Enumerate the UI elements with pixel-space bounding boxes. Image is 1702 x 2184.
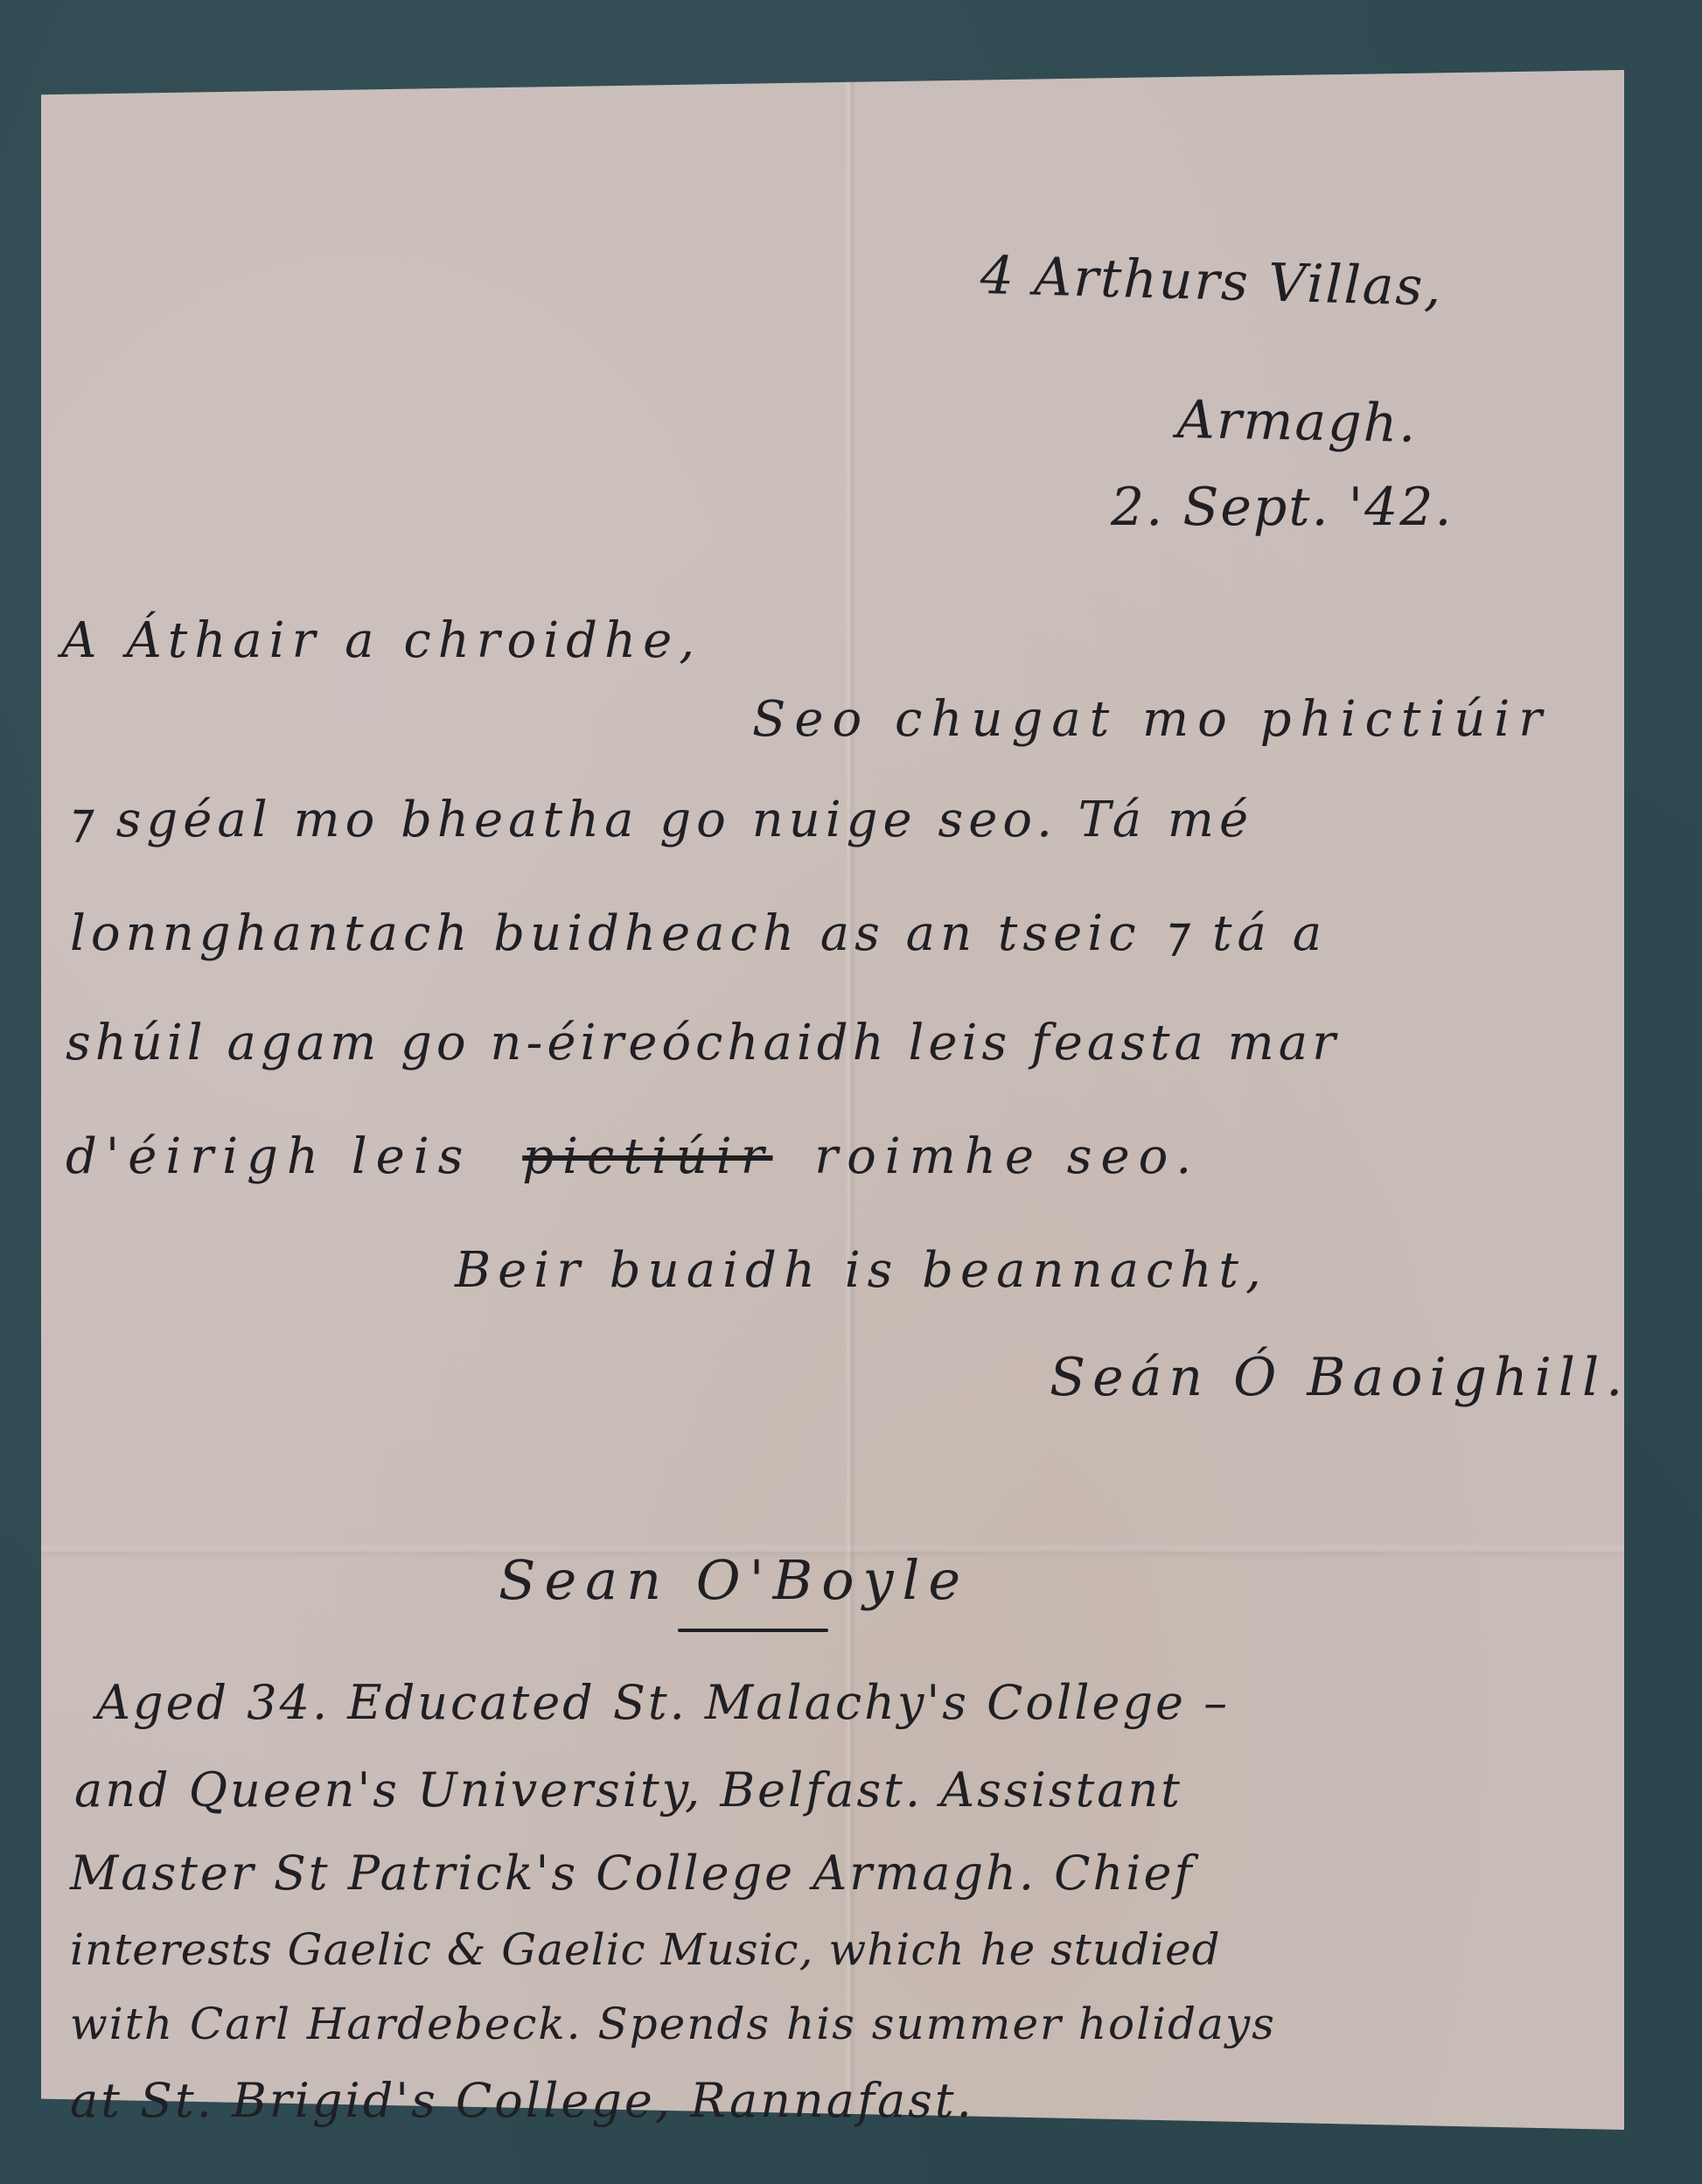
letter-line-5-start: d'éirigh leis [66, 1128, 471, 1185]
bio-line-3: Master St Patrick's College Armagh. Chie… [70, 1846, 1194, 1901]
closing: Beir buaidh is beannacht, [455, 1242, 1268, 1299]
letter-line-2: ⁊ sgéal mo bheatha go nuige seo. Tá mé [66, 792, 1253, 848]
letter-line-1: Seo chugat mo phictiúir [752, 691, 1551, 748]
signature: Seán Ó Baoighill. [1050, 1347, 1629, 1408]
address-town: Armagh. [1176, 389, 1418, 455]
letter-line-5: d'éirigh leis pictiúir roimhe seo. [66, 1128, 1200, 1185]
salutation: A Áthair a chroidhe, [61, 612, 701, 669]
letter-paper [41, 70, 1624, 2130]
bio-line-6: at St. Brigid's College, Rannafast. [70, 2073, 974, 2128]
bio-name: Sean O'Boyle [499, 1548, 969, 1612]
struck-out-word: pictiúir [522, 1128, 772, 1185]
bio-line-2: and Queen's University, Belfast. Assista… [74, 1762, 1182, 1818]
letter-date: 2. Sept. '42. [1111, 477, 1454, 538]
bio-line-1: Aged 34. Educated St. Malachy's College … [96, 1675, 1230, 1730]
bio-line-4: interests Gaelic & Gaelic Music, which h… [70, 1924, 1221, 1975]
address-street: 4 Arthurs Villas, [980, 245, 1443, 318]
bio-name-underline [678, 1629, 828, 1632]
letter-line-4: shúil agam go n-éireóchaidh leis feasta … [66, 1015, 1340, 1071]
letter-line-3: lonnghantach buidheach as an tseic ⁊ tá … [70, 905, 1327, 962]
letter-line-5-end: roimhe seo. [814, 1128, 1200, 1185]
bio-line-5: with Carl Hardebeck. Spends his summer h… [70, 1999, 1276, 2049]
